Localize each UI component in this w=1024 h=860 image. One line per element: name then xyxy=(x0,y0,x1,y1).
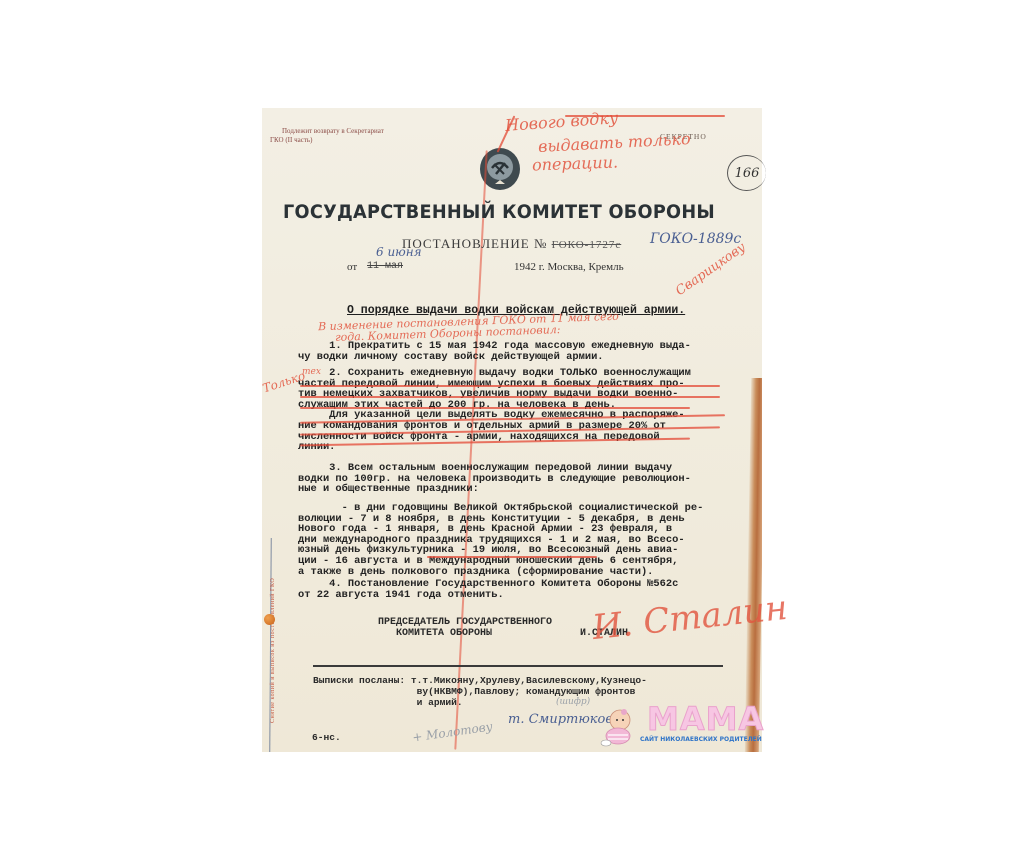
paragraph-4: 4. Постановление Государственного Комите… xyxy=(298,579,678,600)
divider xyxy=(313,665,723,667)
footer-code: 6-нс. xyxy=(312,732,341,743)
copies-sent: Выписки посланы: т.т.Микояну,Хрулеву,Вас… xyxy=(313,675,647,708)
organization-title: ГОСУДАРСТВЕННЫЙ КОМИТЕТ ОБОРОНЫ xyxy=(283,201,711,223)
decree-number-handwritten: ГОКО-1889с xyxy=(650,231,741,247)
date-handwritten: 6 июня xyxy=(376,245,422,259)
watermark-logo: МАМА САЙТ НИКОЛАЕВСКИХ РОДИТЕЛЕЙ xyxy=(600,700,760,750)
date-year-place: 1942 г. Москва, Кремль xyxy=(514,261,624,273)
watermark-brand: МАМА xyxy=(647,700,764,738)
paragraph-3-holidays: - в дни годовщины Великой Октябрьской со… xyxy=(298,503,703,577)
page-number: 166 xyxy=(727,155,766,191)
red-inserted-word: тех xyxy=(302,367,321,377)
paragraph-3: 3. Всем остальным военнослужащим передов… xyxy=(298,463,691,495)
red-strike-3 xyxy=(300,407,690,409)
frame-edge xyxy=(745,378,762,752)
watermark-tagline: САЙТ НИКОЛАЕВСКИХ РОДИТЕЛЕЙ xyxy=(640,736,762,743)
date-prefix: от xyxy=(347,261,357,273)
signature-title: ПРЕДСЕДАТЕЛЬ ГОСУДАРСТВЕННОГО КОМИТЕТА О… xyxy=(378,617,552,639)
decree-label: ПОСТАНОВЛЕНИЕ № ГОКО-1727с xyxy=(402,236,621,252)
red-strike-1 xyxy=(300,385,720,387)
decree-number-struck: ГОКО-1727с xyxy=(552,239,622,251)
red-strike-youth-day xyxy=(427,556,597,558)
red-underline xyxy=(565,115,725,117)
red-strike-2 xyxy=(300,396,720,398)
margin-vertical-text: Снятие копий и выписок из постановлений … xyxy=(270,593,280,723)
routing-note: Подлежит возврату в Секретариат ГКО (II … xyxy=(270,127,384,145)
red-annotation-line-3: операции. xyxy=(532,153,619,175)
cipher-note: (шифр) xyxy=(556,697,590,707)
date-struck: 11 мая xyxy=(367,261,403,272)
pin-icon xyxy=(264,614,275,625)
paragraph-1: 1. Прекратить с 15 мая 1942 года массову… xyxy=(298,341,691,362)
baby-mascot-icon xyxy=(600,708,638,748)
